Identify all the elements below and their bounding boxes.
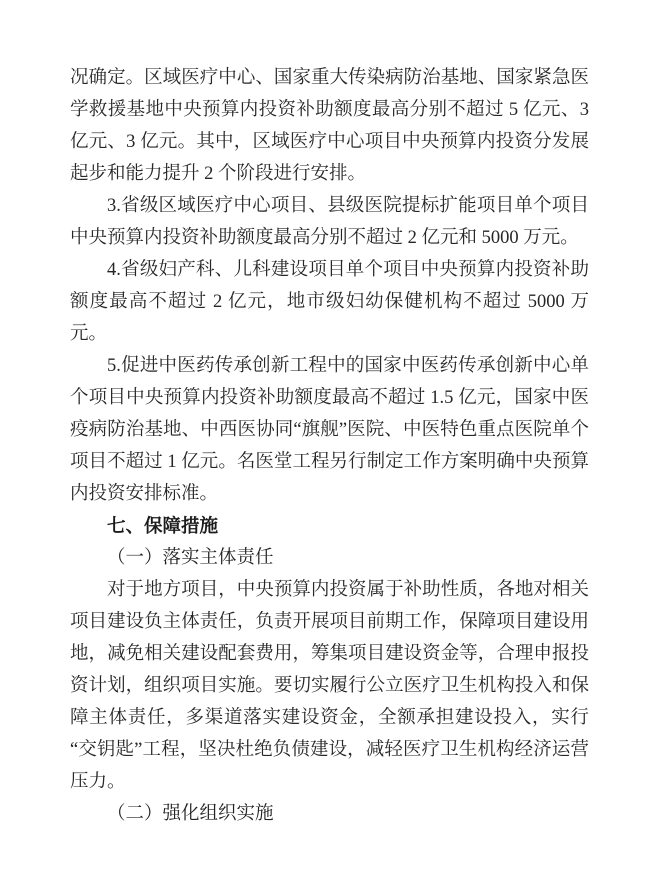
paragraph-item-3: 3.省级区域医疗中心项目、县级医院提标扩能项目单个项目中央预算内投资补助额度最高…: [70, 190, 589, 254]
paragraph-item-4: 4.省级妇产科、儿科建设项目单个项目中央预算内投资补助额度最高不超过 2 亿元，…: [70, 254, 589, 350]
paragraph-item-5: 5.促进中医药传承创新工程中的国家中医药传承创新中心单个项目中央预算内投资补助额…: [70, 350, 589, 510]
paragraph-continuation: 况确定。区域医疗中心、国家重大传染病防治基地、国家紧急医学救援基地中央预算内投资…: [70, 62, 589, 190]
paragraph-responsibility-body: 对于地方项目，中央预算内投资属于补助性质，各地对相关项目建设负主体责任，负责开展…: [70, 574, 589, 798]
subsection-heading-responsibility: （一）落实主体责任: [70, 542, 589, 574]
subsection-heading-organization: （二）强化组织实施: [70, 798, 589, 830]
section-heading-safeguard-measures: 七、保障措施: [70, 510, 589, 542]
document-content: 况确定。区域医疗中心、国家重大传染病防治基地、国家紧急医学救援基地中央预算内投资…: [70, 62, 589, 830]
document-page: 况确定。区域医疗中心、国家重大传染病防治基地、国家紧急医学救援基地中央预算内投资…: [0, 0, 657, 887]
